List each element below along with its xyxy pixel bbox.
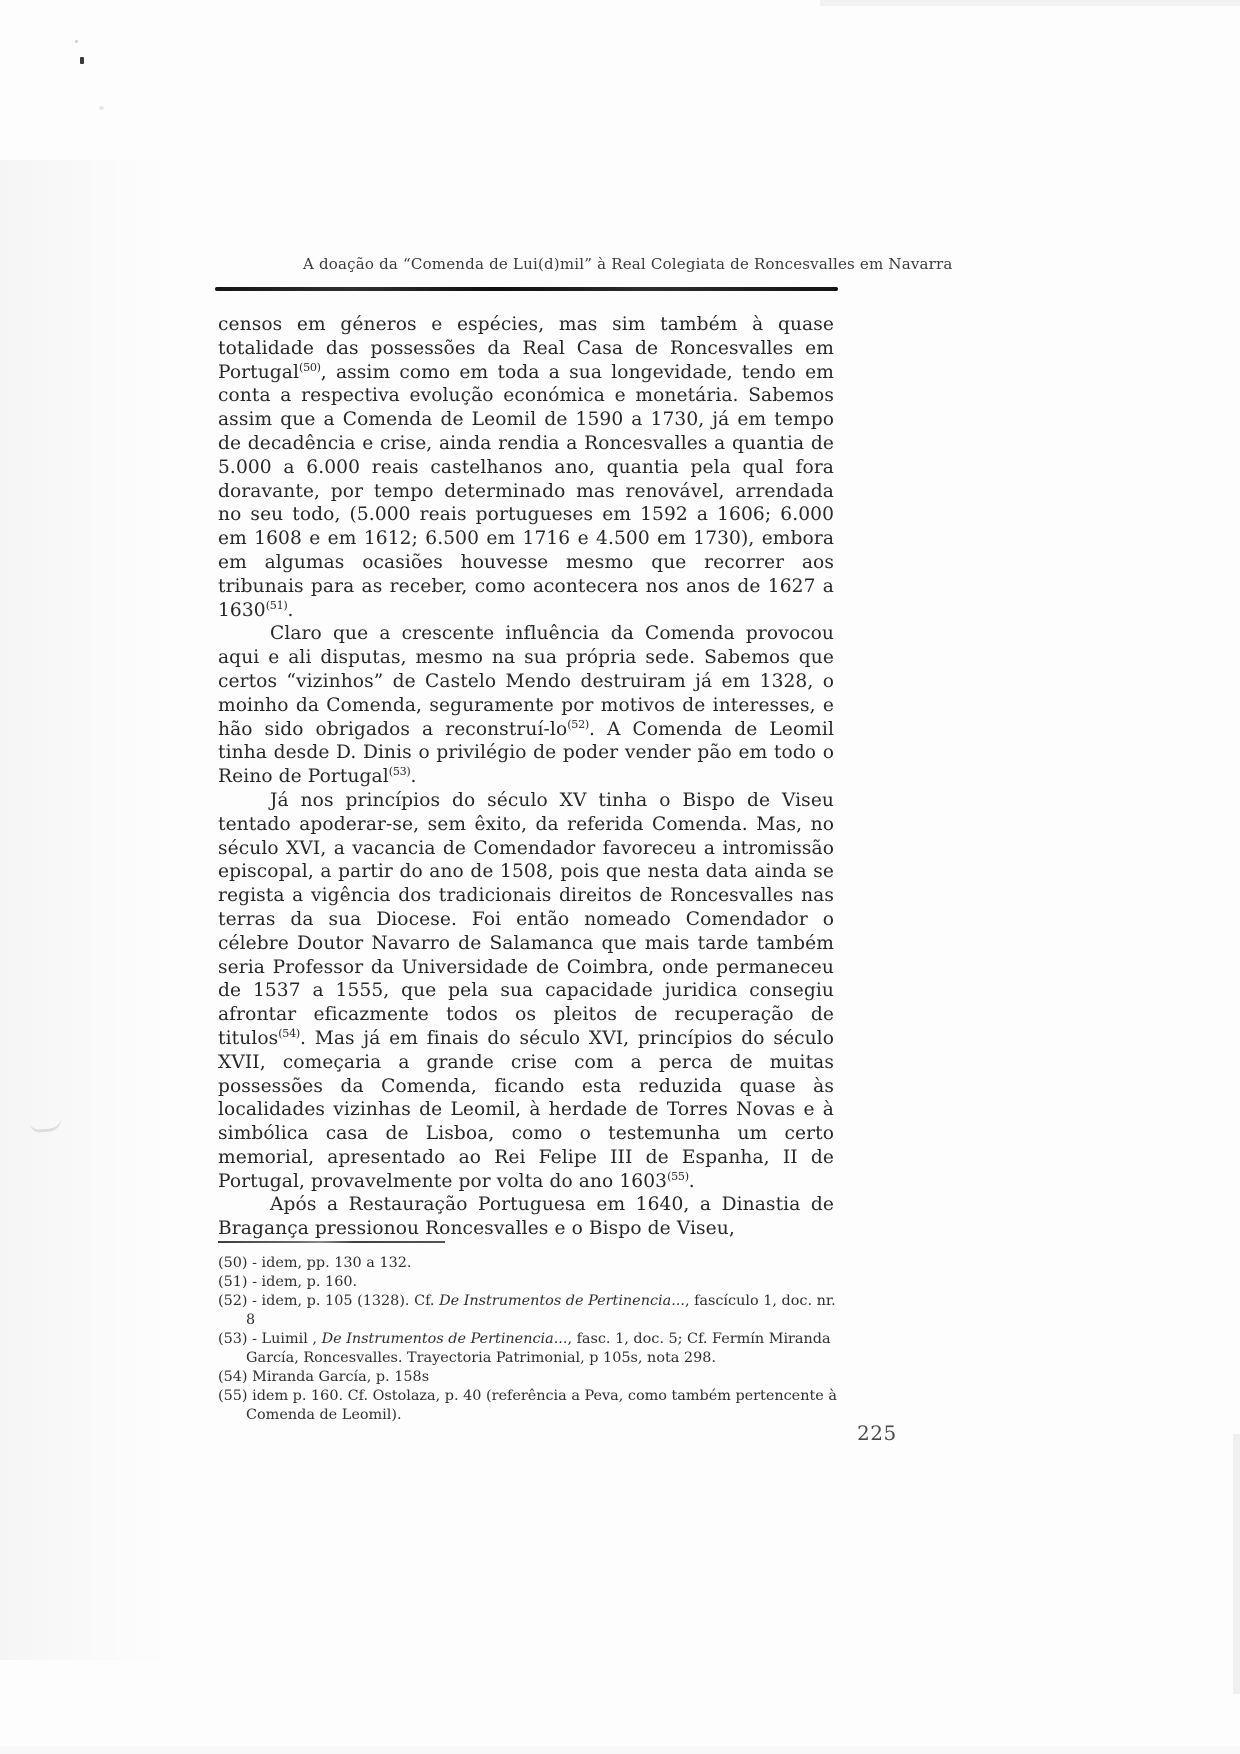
scan-shading-right	[1233, 1434, 1240, 1694]
scan-shading-bottom	[0, 1746, 1240, 1754]
scan-shading-top	[820, 0, 1240, 6]
header-rule	[215, 287, 838, 291]
paragraph: Após a Restauração Portuguesa em 1640, a…	[218, 1193, 834, 1241]
paragraph: censos em géneros e espécies, mas sim ta…	[218, 313, 834, 622]
footnote: (54) Miranda García, p. 158s	[218, 1368, 842, 1387]
scan-artifact-speck	[99, 106, 104, 110]
paragraph: Já nos princípios do século XV tinha o B…	[218, 789, 834, 1194]
footnote: (53) - Luimil , De Instrumentos de Perti…	[218, 1330, 842, 1368]
footnote: (52) - idem, p. 105 (1328). Cf. De Instr…	[218, 1292, 842, 1330]
running-header-title: A doação da “Comenda de Lui(d)mil” à Rea…	[215, 255, 839, 273]
footnote-separator	[218, 1241, 445, 1243]
footnote: (55) idem p. 160. Cf. Ostolaza, p. 40 (r…	[218, 1387, 842, 1425]
scan-artifact-speck	[75, 40, 78, 43]
footnotes-block: (50) - idem, pp. 130 a 132. (51) - idem,…	[218, 1254, 842, 1425]
body-text-block: censos em géneros e espécies, mas sim ta…	[218, 313, 834, 1241]
scan-artifact-dot	[80, 57, 84, 64]
footnote: (51) - idem, p. 160.	[218, 1273, 842, 1292]
paragraph: Claro que a crescente influência da Come…	[218, 622, 834, 789]
scan-shading-left	[0, 160, 170, 1660]
footnote: (50) - idem, pp. 130 a 132.	[218, 1254, 842, 1273]
page-number: 225	[857, 1421, 897, 1445]
scanned-document-page: A doação da “Comenda de Lui(d)mil” à Rea…	[0, 0, 1240, 1754]
